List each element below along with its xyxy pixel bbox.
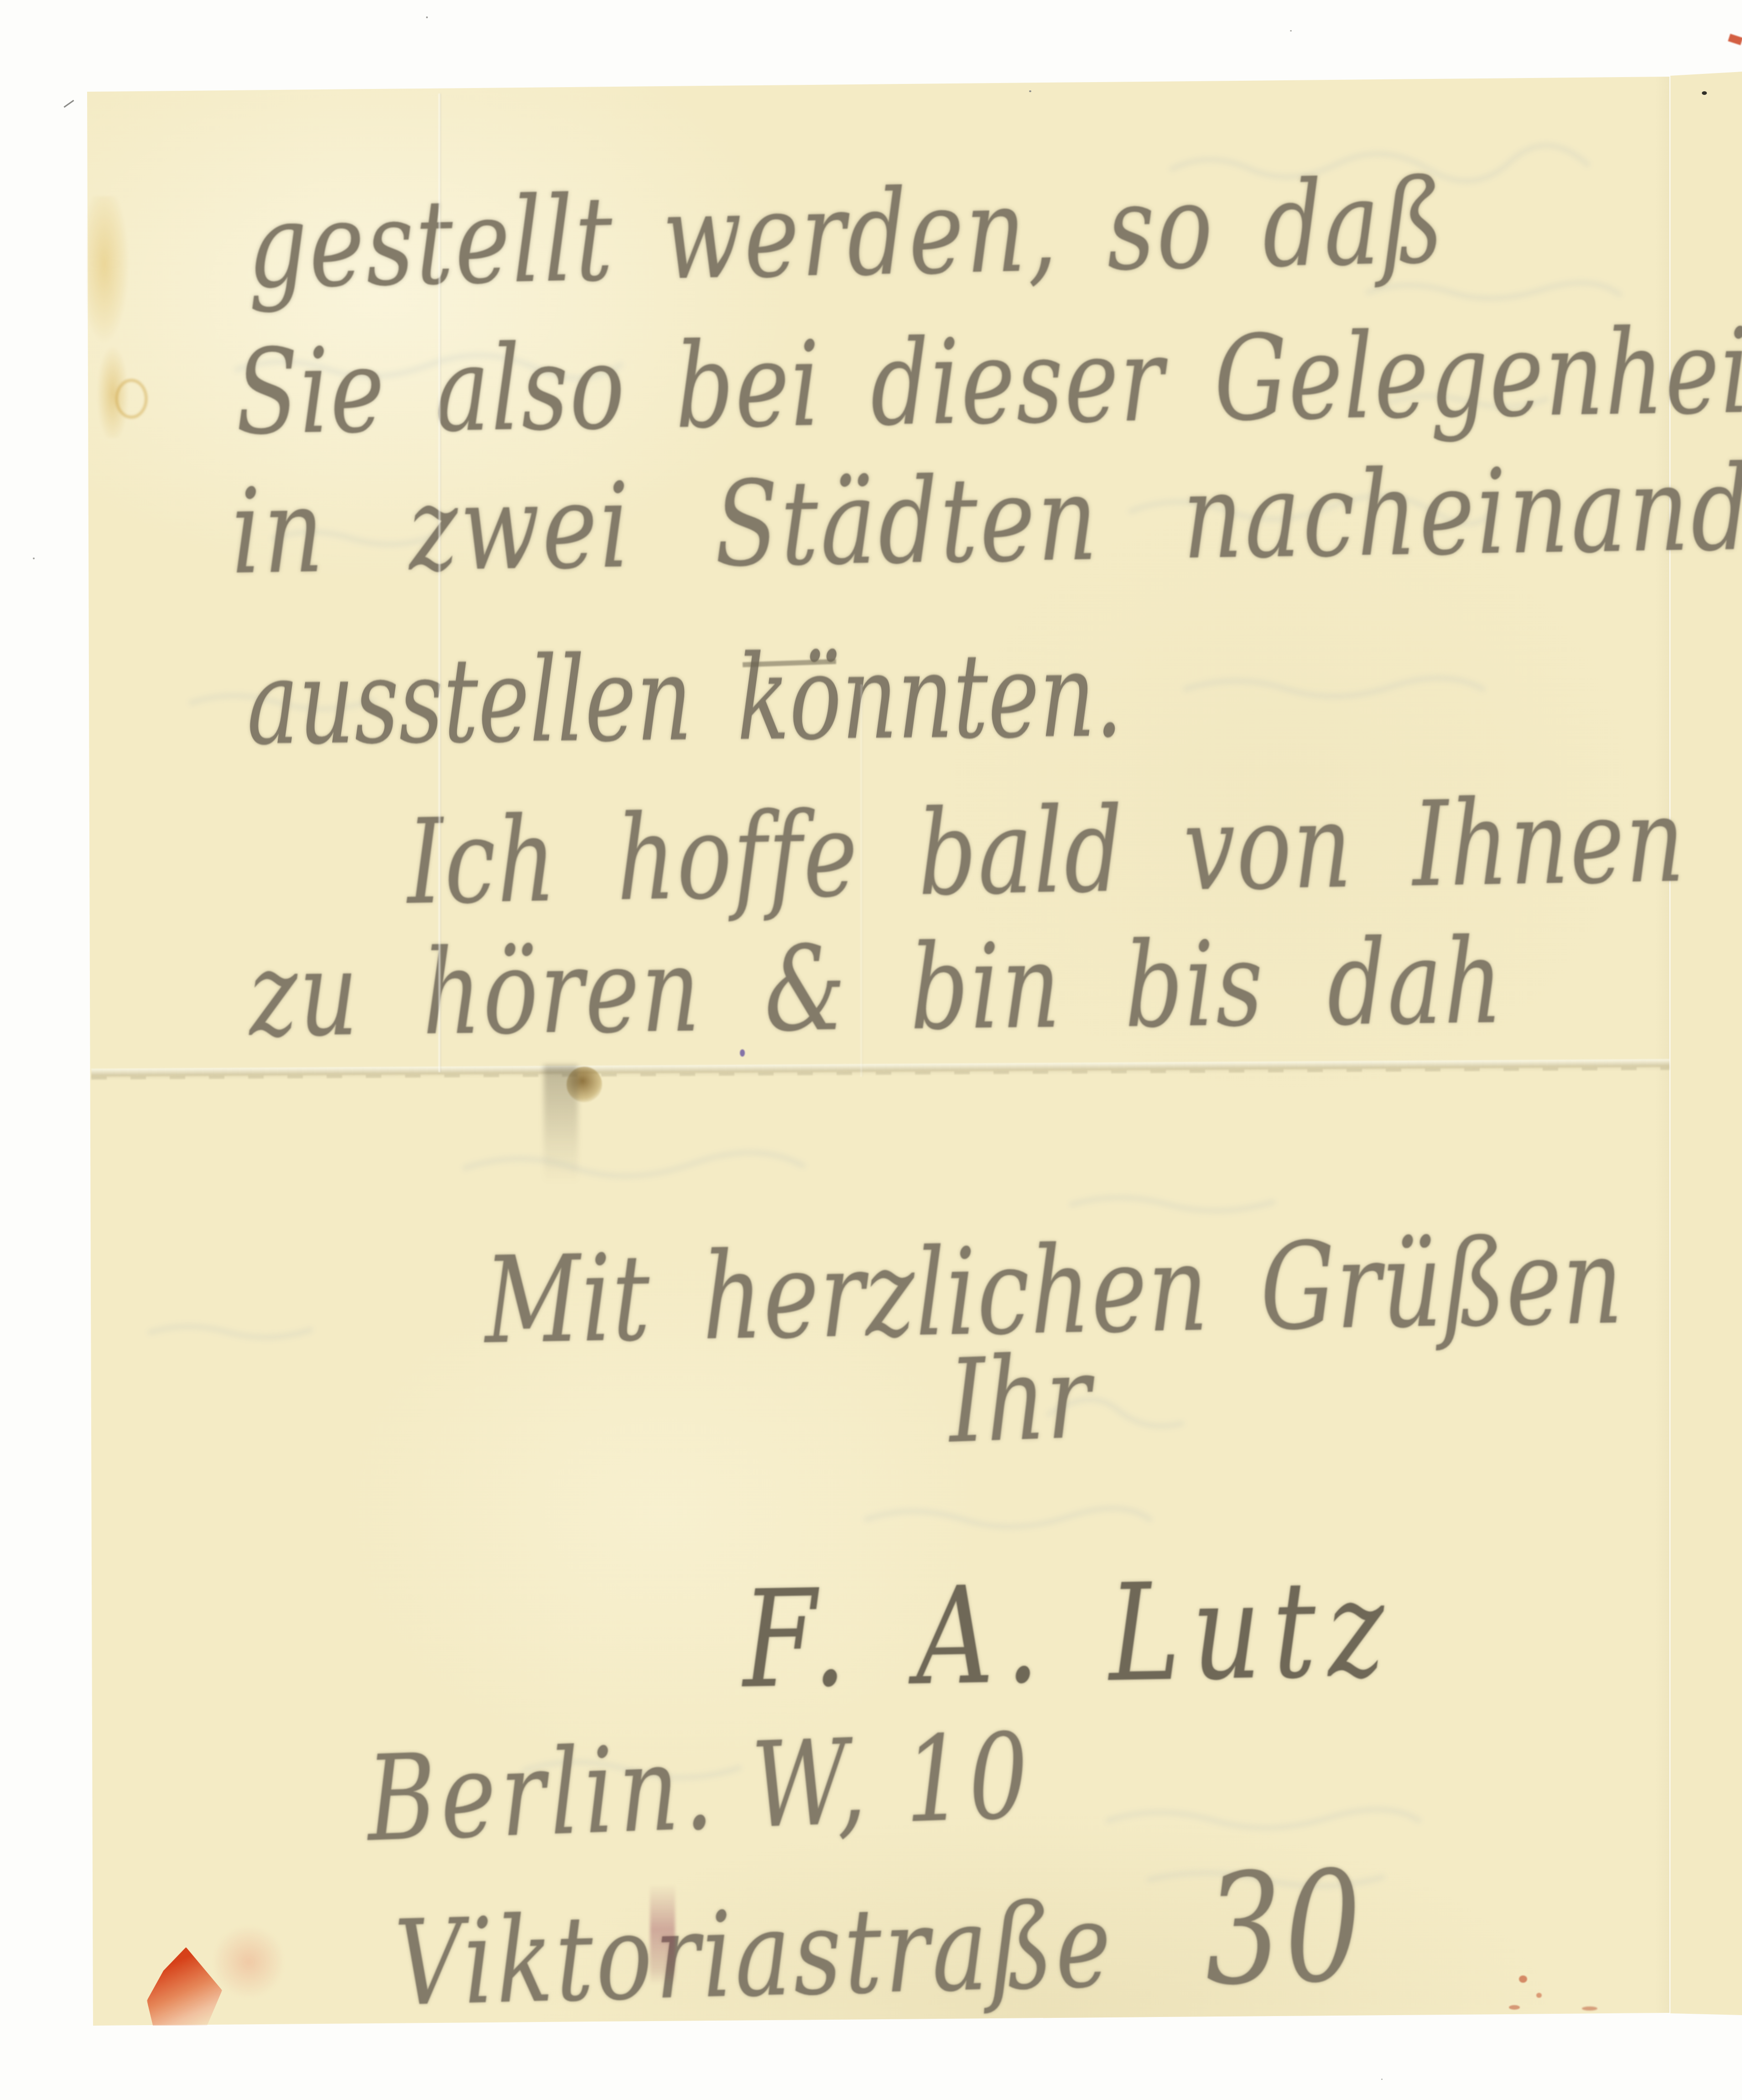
address-line-1: Berlin. W, 10 <box>365 1708 1035 1868</box>
dust-speck-5 <box>1381 2079 1383 2080</box>
red-speckle-1 <box>1519 1975 1527 1983</box>
dust-speck-4 <box>1290 30 1292 31</box>
address-line-2: Viktoriastraße 30 <box>392 1838 1367 2041</box>
valediction: Ihr <box>946 1329 1093 1469</box>
red-speckle-3 <box>1509 2005 1520 2010</box>
red-speckle-4 <box>1582 2006 1597 2011</box>
vertical-crease-mid <box>860 684 863 1077</box>
vertical-crease-left <box>438 94 441 1072</box>
purple-streak-address <box>650 1884 675 1985</box>
body-line-2: Sie also bei dieser Gelegenheit <box>235 303 1742 461</box>
red-speckle-2 <box>1536 1993 1542 1998</box>
body-line-1: gestellt werden, so daß <box>246 154 1447 315</box>
black-speck-right-strip <box>1702 91 1707 95</box>
dust-speck-1 <box>426 16 428 18</box>
gray-smudge-below-crease <box>544 1065 578 1184</box>
body-line-5: Ich hoffe bald von Ihnen <box>406 772 1687 931</box>
dust-speck-3 <box>33 558 35 559</box>
dust-speck-2 <box>1029 90 1031 92</box>
yellow-ring-spot <box>115 379 148 419</box>
body-line-6: zu hören & bin bis dah <box>249 914 1505 1063</box>
pink-smudge-near-red-stain <box>214 1923 283 2001</box>
body-line-4: ausstellen könnten. <box>246 627 1123 771</box>
signature: F. A. Lutz <box>741 1551 1397 1718</box>
body-line-3: in zwei Städten nacheinander <box>230 439 1742 600</box>
purple-speck <box>740 1049 745 1057</box>
house-number: 30 <box>1202 1838 1366 2019</box>
scanned-handwritten-letter: gestellt werden, so daß Sie also bei die… <box>0 0 1742 2100</box>
street-name: Viktoriastraße <box>393 1877 1115 2032</box>
